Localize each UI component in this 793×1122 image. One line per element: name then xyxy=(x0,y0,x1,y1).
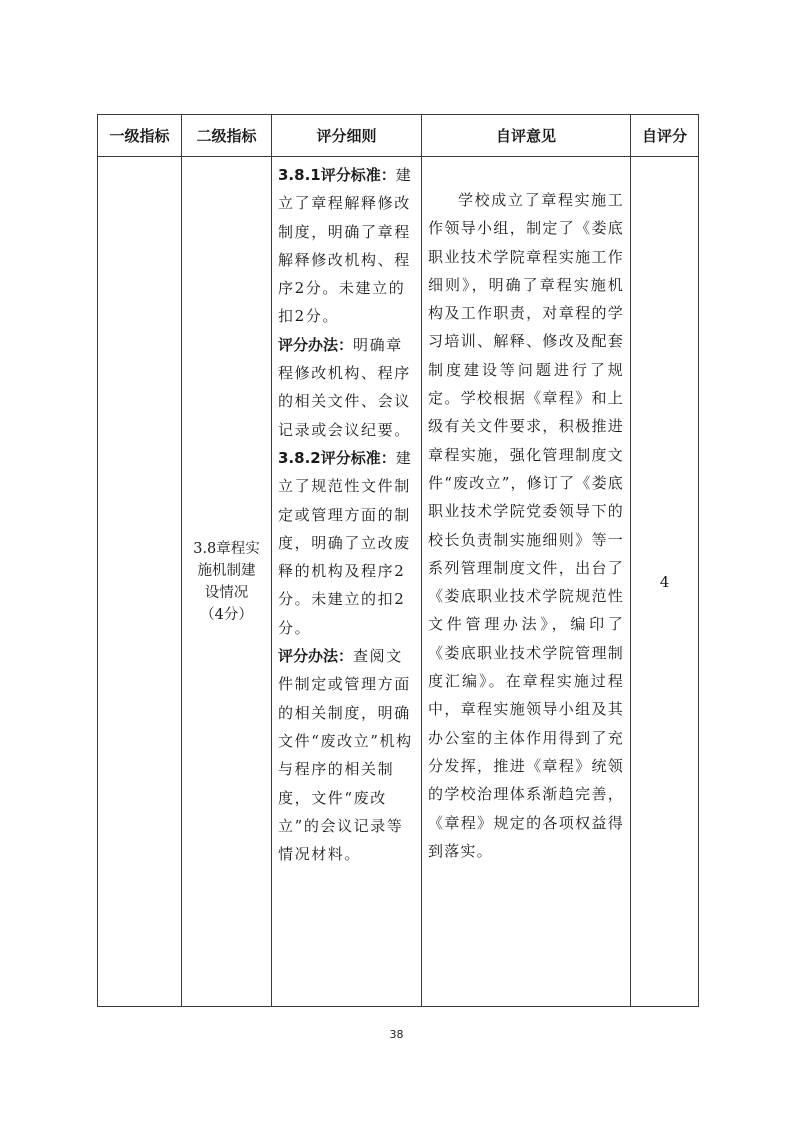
criterion-3-8-2-standard: 3.8.2评分标准：建立了规范性文件制定或管理方面的制度，明确了立改废释的机构及… xyxy=(278,444,417,642)
criterion-title: 3.8.1评分标准： xyxy=(278,166,396,184)
level2-line: 设情况 xyxy=(182,582,271,604)
opinion-text: 学校成立了章程实施工作领导小组，制定了《娄底职业技术学院章程实施工作细则》，明确… xyxy=(428,186,624,865)
method-label: 评分办法： xyxy=(278,647,353,665)
criterion-3-8-2-method: 评分办法：查阅文件制定或管理方面的相关制度，明确文件“废改立”机构与程序的相关制… xyxy=(278,642,417,868)
table-row: 3.8章程实 施机制建 设情况 （4分） 3.8.1评分标准：建立了章程解释修改… xyxy=(98,157,699,1007)
header-level1-indicator: 一级指标 xyxy=(98,115,182,157)
method-text: 查阅文件制定或管理方面的相关制度，明确文件“废改立”机构与程序的相关制度，文件“… xyxy=(278,647,413,863)
criterion-text: 建立了规范性文件制定或管理方面的制度，明确了立改废释的机构及程序2分。未建立的扣… xyxy=(278,449,412,637)
criterion-text: 建立了章程解释修改制度，明确了章程解释修改机构、程序2分。未建立的扣2分。 xyxy=(278,166,412,325)
cell-level1-indicator xyxy=(98,157,182,1007)
level2-line: 施机制建 xyxy=(182,560,271,582)
cell-level2-indicator: 3.8章程实 施机制建 设情况 （4分） xyxy=(182,157,272,1007)
page-number: 38 xyxy=(0,1028,793,1041)
table-header-row: 一级指标 二级指标 评分细则 自评意见 自评分 xyxy=(98,115,699,157)
level2-line: （4分） xyxy=(182,604,271,626)
header-level2-indicator: 二级指标 xyxy=(182,115,272,157)
level2-line: 3.8章程实 xyxy=(182,538,271,560)
header-self-score: 自评分 xyxy=(631,115,699,157)
cell-scoring-details: 3.8.1评分标准：建立了章程解释修改制度，明确了章程解释修改机构、程序2分。未… xyxy=(272,157,422,1007)
criterion-3-8-1-method: 评分办法：明确章程修改机构、程序的相关文件、会议记录或会议纪要。 xyxy=(278,331,417,444)
method-label: 评分办法： xyxy=(278,336,353,354)
header-self-evaluation-opinion: 自评意见 xyxy=(422,115,631,157)
cell-self-score: 4 xyxy=(631,157,699,1007)
header-scoring-details: 评分细则 xyxy=(272,115,422,157)
evaluation-table: 一级指标 二级指标 评分细则 自评意见 自评分 3.8章程实 施机制建 设情况 … xyxy=(97,114,699,1007)
criterion-title: 3.8.2评分标准： xyxy=(278,449,396,467)
cell-self-evaluation-opinion: 学校成立了章程实施工作领导小组，制定了《娄底职业技术学院章程实施工作细则》，明确… xyxy=(422,157,631,1007)
criterion-3-8-1-standard: 3.8.1评分标准：建立了章程解释修改制度，明确了章程解释修改机构、程序2分。未… xyxy=(278,161,417,331)
